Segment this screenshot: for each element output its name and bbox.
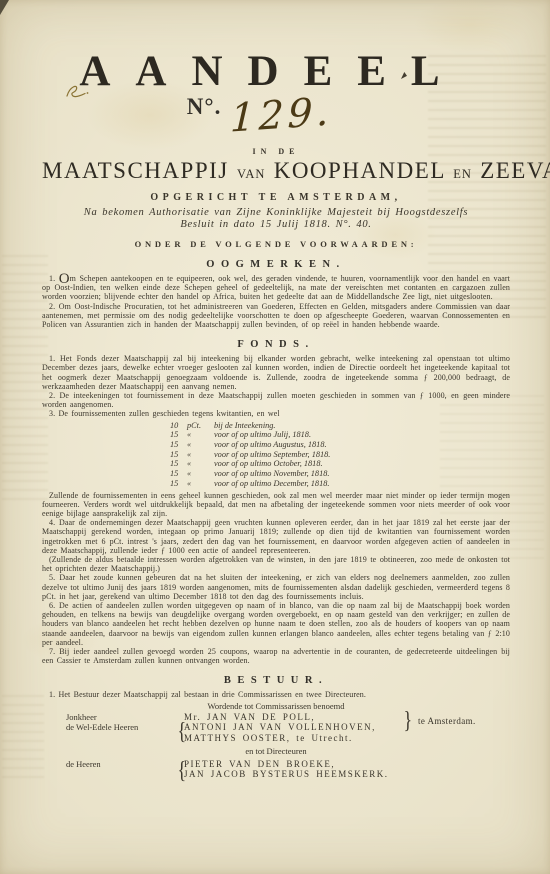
brace-close-amsterdam: } (403, 708, 412, 735)
schedule-unit: « (187, 469, 214, 479)
schedule-row: 15«voor of op ultimo Augustus, 1818. (170, 440, 510, 450)
schedule-desc: voor of op ultimo Julij, 1818. (214, 430, 311, 440)
schedule-row: 15«voor of op ultimo September, 1818. (170, 450, 510, 460)
schedule-amount: 15 (170, 459, 187, 469)
commissaris-name-poll: Mr. JAN VAN DE POLL, (184, 712, 315, 722)
title-label-jonkheer: Jonkheer (66, 712, 184, 722)
schedule-amount: 15 (170, 430, 187, 440)
company-word-van: VAN (236, 167, 266, 181)
fonds-parenthetical-note: (Zullende de aldus betaalde intressen wo… (42, 555, 510, 573)
authorisation-line-2: Besluit in dato 15 Julij 1818. N°. 40. (42, 219, 510, 231)
section-heading-fonds: FONDS. (42, 339, 510, 350)
fonds-paragraph-8: 6. De actien of aandeelen zullen worden … (42, 601, 510, 647)
schedule-desc: bij de Inteekening. (214, 421, 276, 431)
verso-bleedthrough-left-low (2, 695, 44, 780)
schedule-amount: 15 (170, 469, 187, 479)
commissaris-name-vollenhoven: ANTONI JAN VAN VOLLENHOVEN, (184, 722, 376, 732)
section-heading-oogmerken: OOGMERKEN. (42, 259, 510, 270)
title-label-de-heeren: de Heeren (66, 759, 184, 769)
bestuur-paragraph-1: 1. Het Bestuur dezer Maatschappij zal be… (42, 690, 510, 699)
schedule-desc: voor of op ultimo December, 1818. (214, 479, 329, 489)
brace-open-commissarissen: { (177, 719, 186, 746)
directeuren-intro: en tot Directeuren (42, 746, 510, 756)
fonds-paragraph-5: 4. Daar de ondernemingen dezer Maatschap… (42, 518, 510, 555)
fonds-paragraph-3: 3. De fournissementen zullen geschieden … (42, 409, 510, 418)
schedule-amount: 15 (170, 450, 187, 460)
payment-schedule: 10pCt.bij de Inteekening. 15«voor of op … (170, 421, 510, 489)
title-label-wel-edele-heeren: de Wel-Edele Heeren (66, 722, 184, 732)
schedule-amount: 10 (170, 421, 187, 431)
commissarissen-intro: Wordende tot Commissarissen benoemd (42, 701, 510, 711)
conditions-line: ONDER DE VOLGENDE VOORWAARDEN: (42, 239, 510, 249)
place-amsterdam: te Amsterdam. (418, 716, 476, 726)
directeur-name-broeke: PIETER VAN DEN BROEKE, (184, 759, 335, 769)
schedule-row: 10pCt.bij de Inteekening. (170, 421, 510, 431)
fonds-paragraph-2: 2. De inteekeningen tot fournissement in… (42, 391, 510, 409)
brace-open-directeuren: { (177, 758, 186, 785)
directeuren-names-block: de Heeren PIETER VAN DEN BROEKE, JAN JAC… (66, 759, 510, 783)
printed-content-column: AANDEEL N°. 129. IN DE MAATSCHAPPIJ VAN … (42, 0, 510, 783)
share-certificate-document: AANDEEL N°. 129. IN DE MAATSCHAPPIJ VAN … (0, 0, 550, 874)
authorisation-line-1: Na bekomen Authorisatie van Zijne Konink… (42, 207, 510, 219)
torn-corner-notch (0, 0, 9, 15)
schedule-amount: 15 (170, 440, 187, 450)
schedule-desc: voor of op ultimo November, 1818. (214, 469, 329, 479)
commissaris-name-ooster: MATTHYS OOSTER, te Utrecht. (184, 733, 353, 743)
directeur-name-heemskerk: JAN JACOB BYSTERUS HEEMSKERK. (184, 769, 389, 779)
company-word-maatschappij: MAATSCHAPPIJ (42, 158, 229, 183)
in-de-line: IN DE (42, 147, 510, 156)
section-heading-bestuur: BESTUUR. (42, 675, 510, 686)
company-word-koophandel: KOOPHANDEL (274, 158, 445, 183)
schedule-row: 15«voor of op ultimo October, 1818. (170, 459, 510, 469)
commissarissen-names-block: Jonkheer Mr. JAN VAN DE POLL, de Wel-Ede… (66, 712, 510, 745)
authorisation-lines: Na bekomen Authorisatie van Zijne Konink… (42, 207, 510, 231)
oogmerken-p1-text: m Schepen aantekoopen en te equipeeren, … (42, 274, 510, 301)
schedule-unit: « (187, 440, 214, 450)
name-row: MATTHYS OOSTER, te Utrecht. (66, 733, 510, 744)
schedule-unit: « (187, 459, 214, 469)
schedule-unit: « (187, 430, 214, 440)
schedule-unit: « (187, 450, 214, 460)
schedule-unit: « (187, 479, 214, 489)
name-row: de Heeren PIETER VAN DEN BROEKE, (66, 759, 510, 770)
schedule-row: 15«voor of op ultimo December, 1818. (170, 479, 510, 489)
fonds-paragraph-9: 7. Bij ieder aandeel zullen gevoegd word… (42, 647, 510, 665)
fonds-paragraph-4: Zullende de fournissementen in eens gehe… (42, 491, 510, 519)
fonds-paragraph-1: 1. Het Fonds dezer Maatschappij zal bij … (42, 354, 510, 391)
oogmerken-p1-number: 1. (49, 274, 59, 283)
company-word-zeevaart: ZEEVAART, (480, 158, 550, 183)
handwritten-share-number: 129. (230, 91, 334, 140)
share-number-prefix: N°. (187, 94, 222, 119)
schedule-desc: voor of op ultimo October, 1818. (214, 459, 323, 469)
schedule-desc: voor of op ultimo Augustus, 1818. (214, 440, 327, 450)
fonds-paragraph-7: 5. Daar het zoude kunnen gebeuren dat na… (42, 573, 510, 601)
founded-line: OPGERICHT TE AMSTERDAM, (42, 192, 510, 203)
share-number-row: N°. 129. (26, 94, 494, 144)
company-word-en: EN (452, 167, 473, 181)
schedule-row: 15«voor of op ultimo Julij, 1818. (170, 430, 510, 440)
company-name-line: MAATSCHAPPIJ VAN KOOPHANDEL EN ZEEVAART, (42, 158, 510, 187)
schedule-amount: 15 (170, 479, 187, 489)
name-row: JAN JACOB BYSTERUS HEEMSKERK. (66, 769, 510, 780)
schedule-row: 15«voor of op ultimo November, 1818. (170, 469, 510, 479)
oogmerken-paragraph-1: 1. Om Schepen aantekoopen en te equipeer… (42, 274, 510, 302)
schedule-desc: voor of op ultimo September, 1818. (214, 450, 330, 460)
document-title: AANDEEL (38, 50, 506, 94)
oogmerken-paragraph-2: 2. Om Oost-Indische Procuratien, tot het… (42, 302, 510, 330)
schedule-unit: pCt. (187, 421, 214, 431)
